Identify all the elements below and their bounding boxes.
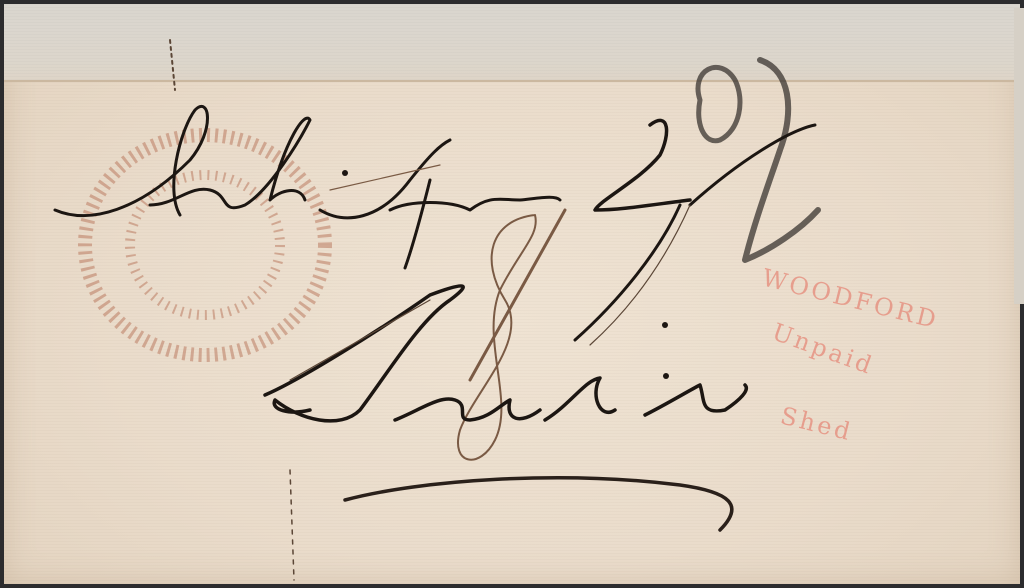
handwritten-address: [0, 0, 1024, 588]
